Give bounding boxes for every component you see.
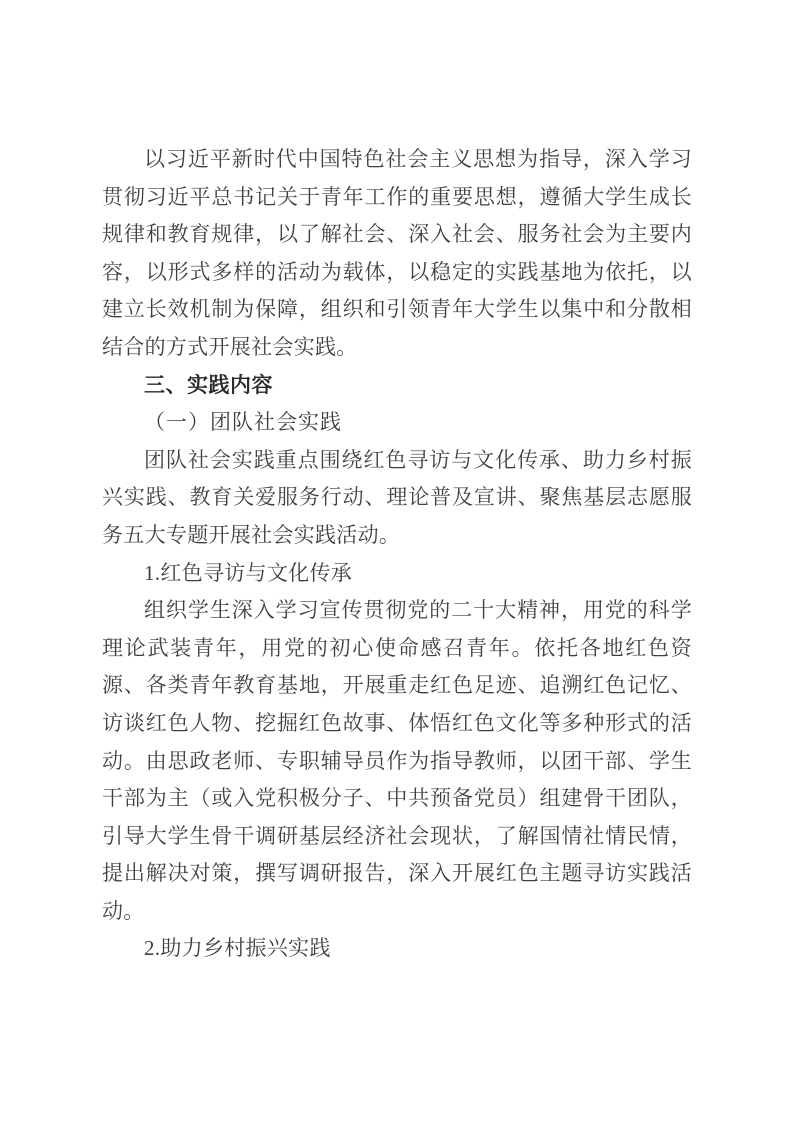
- item-heading-red-culture: 1.红色寻访与文化传承: [102, 555, 692, 593]
- team-practice-paragraph: 团队社会实践重点围绕红色寻访与文化传承、助力乡村振兴实践、教育关爱服务行动、理论…: [102, 442, 692, 555]
- item-heading-rural-revitalization: 2.助力乡村振兴实践: [102, 930, 692, 968]
- intro-paragraph: 以习近平新时代中国特色社会主义思想为指导，深入学习贯彻习近平总书记关于青年工作的…: [102, 141, 692, 367]
- document-page: 以习近平新时代中国特色社会主义思想为指导，深入学习贯彻习近平总书记关于青年工作的…: [0, 0, 794, 1122]
- red-culture-paragraph: 组织学生深入学习宣传贯彻党的二十大精神，用党的科学理论武装青年，用党的初心使命感…: [102, 592, 692, 930]
- subsection-heading-team-practice: （一）团队社会实践: [102, 404, 692, 442]
- section-heading-practice-content: 三、实践内容: [102, 367, 692, 405]
